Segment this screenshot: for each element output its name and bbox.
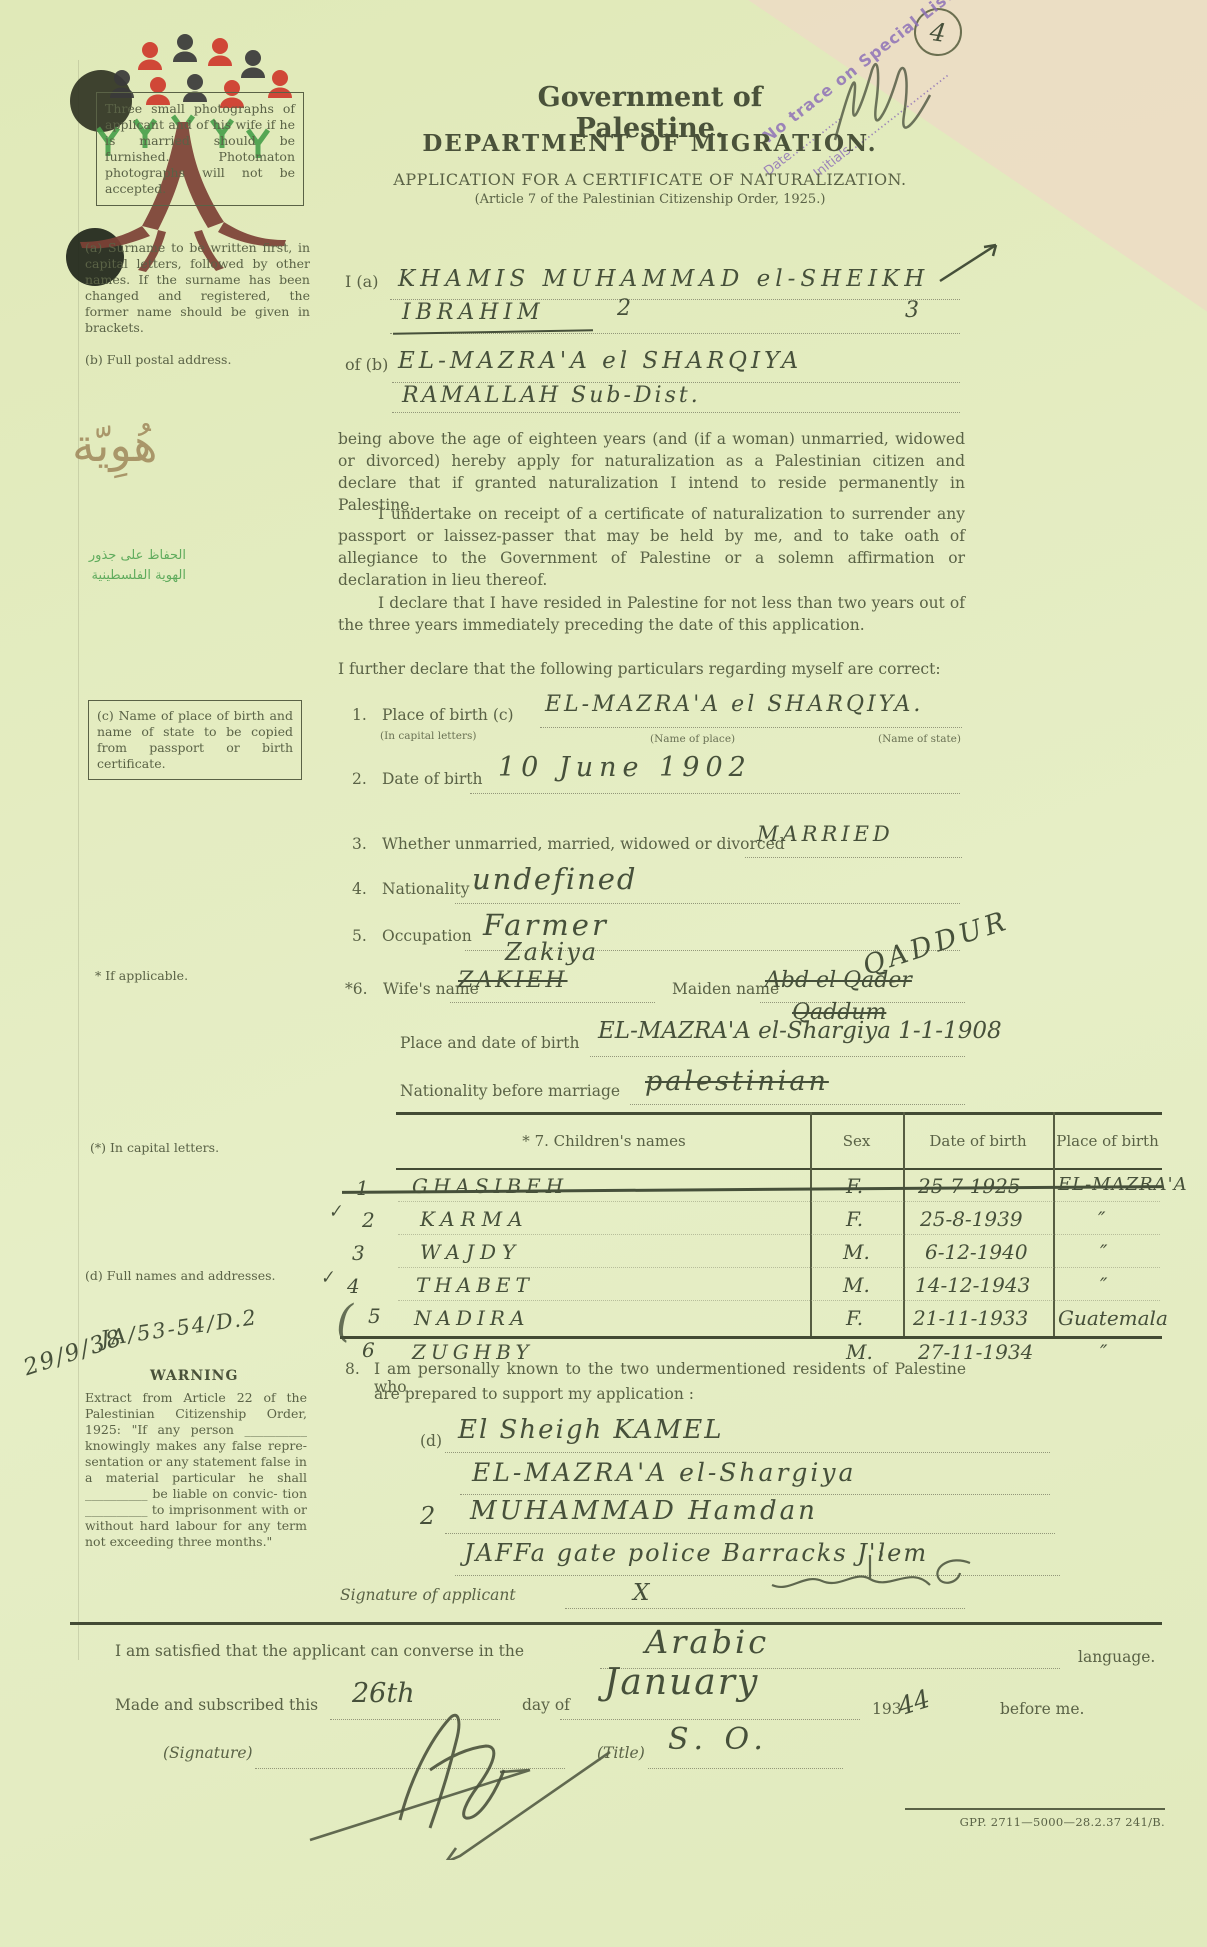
- ruled-line: [445, 1452, 1050, 1453]
- application-title: APPLICATION FOR A CERTIFICATE OF NATURAL…: [390, 170, 910, 189]
- table-row-rule: [398, 1267, 1160, 1268]
- application-form-page: هُوِيّة الحفاظ على جذور الهوية الفلسطيني…: [0, 0, 1207, 1947]
- col-header-sex: Sex: [810, 1132, 903, 1150]
- supporter1-name: El Sheigh KAMEL: [458, 1415, 724, 1445]
- item4-number: 4.: [352, 880, 367, 898]
- supporter2-name: MUHAMMAD Hamdan: [470, 1496, 818, 1526]
- wife-pob-label: Place and date of birth: [400, 1034, 579, 1052]
- child-3-pob: ″: [1100, 1240, 1107, 1264]
- ruled-line: [445, 1533, 1055, 1534]
- item1-number: 1.: [352, 706, 367, 724]
- note-d: (d) Full names and addresses.: [85, 1268, 305, 1284]
- applicant-signature-label: Signature of applicant: [340, 1586, 516, 1604]
- child-6-pob: ″: [1100, 1340, 1107, 1364]
- warning-text: Extract from Article 22 of the Palestini…: [85, 1390, 307, 1550]
- section8-line2: are prepared to support my application :: [374, 1385, 694, 1403]
- made-month: January: [604, 1662, 759, 1703]
- ruled-line: [470, 793, 960, 794]
- col-header-dob: Date of birth: [903, 1132, 1053, 1150]
- row-num-5: 5: [368, 1304, 381, 1328]
- child-4-name: THABET: [416, 1273, 534, 1297]
- huwiyya-watermark: هُوِيّة: [72, 418, 158, 472]
- converse-language: Arabic: [645, 1623, 769, 1661]
- note-c-box: (c) Name of place of birth and name of s…: [88, 700, 302, 780]
- section8-number: 8.: [345, 1360, 360, 1378]
- ruled-line: [455, 903, 960, 904]
- section-divider: [70, 1622, 1162, 1625]
- supporter1-label: (d): [420, 1432, 442, 1450]
- item4-label: Nationality: [382, 880, 469, 898]
- photo-note-box: Three small photographs of applicant and…: [96, 92, 304, 206]
- table-row-rule: [398, 1234, 1160, 1235]
- applicant-arabic-signature: [720, 1545, 980, 1615]
- applicant-name-line2: IBRAHIM: [402, 300, 545, 325]
- wife-nat-value: palestinian: [645, 1066, 829, 1097]
- wife-nat-label: Nationality before marriage: [400, 1082, 620, 1100]
- note-capital-letters: (*) In capital letters.: [90, 1140, 290, 1156]
- item6-number: *6.: [345, 980, 368, 998]
- col-header-pob: Place of birth: [1053, 1132, 1162, 1150]
- officer-signature: [280, 1700, 640, 1860]
- item3-value: MARRIED: [757, 822, 894, 846]
- ruled-line: [450, 1002, 655, 1003]
- item1-note-place: (Name of place): [650, 733, 735, 745]
- ruled-line: [745, 857, 962, 858]
- applicant-signature-mark: X: [633, 1580, 649, 1606]
- item1-note-state: (Name of state): [878, 733, 961, 745]
- left-margin-rule: [78, 60, 79, 1660]
- child-4-sex: M.: [843, 1273, 870, 1297]
- print-code: GPP. 2711—5000—28.2.37 241/B.: [905, 1815, 1165, 1829]
- item3-number: 3.: [352, 835, 367, 853]
- ruled-line: [590, 1056, 965, 1057]
- converse-post: language.: [1078, 1648, 1155, 1666]
- applicant-name-line1: KHAMIS MUHAMMAD el-SHEIKH: [398, 266, 929, 292]
- annotation-mark-3: 3: [905, 298, 919, 323]
- officer-title-value: S. O.: [668, 1722, 769, 1757]
- child-3-dob: 6-12-1940: [925, 1240, 1028, 1264]
- ruled-line: [460, 1494, 1050, 1495]
- child-2-sex: F.: [846, 1207, 863, 1231]
- margin-date-note: 29/9/38: [20, 1325, 126, 1381]
- wife-name-corrected: Zakiya: [505, 938, 598, 966]
- table-top-border: [396, 1112, 1162, 1115]
- i-a-label: I (a): [345, 272, 378, 291]
- row-check-2: ✓: [326, 1201, 344, 1223]
- item2-label: Date of birth: [382, 770, 483, 788]
- item5-value: Farmer: [483, 908, 609, 942]
- row-num-3: 3: [352, 1241, 365, 1265]
- note-b: (b) Full postal address.: [85, 352, 295, 368]
- maiden-name-label: Maiden name: [672, 980, 779, 998]
- of-b-label: of (b): [345, 355, 388, 374]
- page-number: 4: [928, 17, 948, 48]
- paragraph-4: I further declare that the following par…: [338, 660, 965, 678]
- item5-number: 5.: [352, 927, 367, 945]
- child-5-name: NADIRA: [414, 1306, 529, 1330]
- table-row-rule: [398, 1300, 1160, 1301]
- child-4-dob: 14-12-1943: [915, 1273, 1030, 1297]
- child-3-sex: M.: [843, 1240, 870, 1264]
- item5-label: Occupation: [382, 927, 472, 945]
- child-1-sex: F.: [846, 1174, 863, 1198]
- ruled-line: [648, 1768, 843, 1769]
- wife-pob-value: EL-MAZRA'A el-Shargiya 1-1-1908: [598, 1018, 1002, 1044]
- child-2-name: KARMA: [420, 1207, 529, 1231]
- item2-value: 10 June 1902: [498, 752, 752, 783]
- maiden-name-corrected: QADDUR: [859, 905, 1013, 981]
- item2-number: 2.: [352, 770, 367, 788]
- child-5-sex: F.: [846, 1306, 863, 1330]
- row-num-1: 1: [356, 1176, 369, 1200]
- converse-pre: I am satisfied that the applicant can co…: [115, 1642, 524, 1660]
- row-num-2: 2: [362, 1208, 375, 1232]
- item1-value: EL-MAZRA'A el SHARQIYA.: [545, 692, 923, 717]
- annotation-arrow: [938, 235, 1008, 285]
- table-row-rule: [398, 1201, 1160, 1202]
- table-bottom-border: [340, 1336, 1162, 1339]
- ruled-line: [392, 412, 960, 413]
- row-check-4: ✓: [318, 1267, 336, 1289]
- annotation-mark-2: 2: [617, 296, 631, 321]
- item1-label: Place of birth (c): [382, 706, 514, 724]
- officer-signature-label: (Signature): [163, 1744, 253, 1762]
- wife-name-struck: ZAKIEH: [458, 968, 568, 993]
- row-num-6: 6: [362, 1338, 375, 1362]
- footer-rule: [905, 1808, 1165, 1810]
- note-a: (a) Surname to be written first, in capi…: [85, 240, 310, 336]
- watermark-tagline-1: الحفاظ على جذور: [36, 548, 186, 563]
- article-subtitle: (Article 7 of the Palestinian Citizenshi…: [430, 192, 870, 207]
- item3-label: Whether unmarried, married, widowed or d…: [382, 835, 785, 853]
- row-num-4: 4: [347, 1274, 360, 1298]
- watermark-tagline-2: الهوية الفلسطينية: [36, 568, 186, 583]
- item1-sub: (In capital letters): [380, 730, 476, 742]
- child-5-dob: 21-11-1933: [913, 1306, 1028, 1330]
- address-line1: EL-MAZRA'A el SHARQIYA: [398, 348, 802, 374]
- supporter2-number: 2: [420, 1502, 435, 1530]
- supporter1-address: EL-MAZRA'A el-Shargiya: [472, 1458, 856, 1487]
- made-post: before me.: [1000, 1700, 1084, 1718]
- ruled-line: [540, 727, 962, 728]
- paragraph-3: I declare that I have resided in Palesti…: [338, 592, 965, 636]
- department-title: DEPARTMENT OF MIGRATION.: [410, 130, 890, 157]
- address-line2: RAMALLAH Sub-Dist.: [402, 383, 701, 408]
- child-1-name: GHASIBEH: [412, 1174, 568, 1198]
- child-2-dob: 25-8-1939: [920, 1207, 1023, 1231]
- ruled-line: [630, 1104, 965, 1105]
- note-if-applicable: * If applicable.: [95, 968, 295, 984]
- warning-title: WARNING: [150, 1368, 238, 1384]
- row-brace: (: [336, 1296, 353, 1347]
- child-4-pob: ″: [1100, 1273, 1107, 1297]
- item4-value: undefined: [472, 862, 638, 896]
- child-5-pob: Guatemala: [1058, 1306, 1168, 1330]
- table-header-border: [396, 1168, 1162, 1170]
- paragraph-2: I undertake on receipt of a certificate …: [338, 503, 965, 591]
- col-header-names: * 7. Children's names: [398, 1132, 810, 1150]
- child-3-name: WAJDY: [420, 1240, 521, 1264]
- child-2-pob: ″: [1098, 1207, 1105, 1231]
- officer-title-label: (Title): [597, 1744, 645, 1762]
